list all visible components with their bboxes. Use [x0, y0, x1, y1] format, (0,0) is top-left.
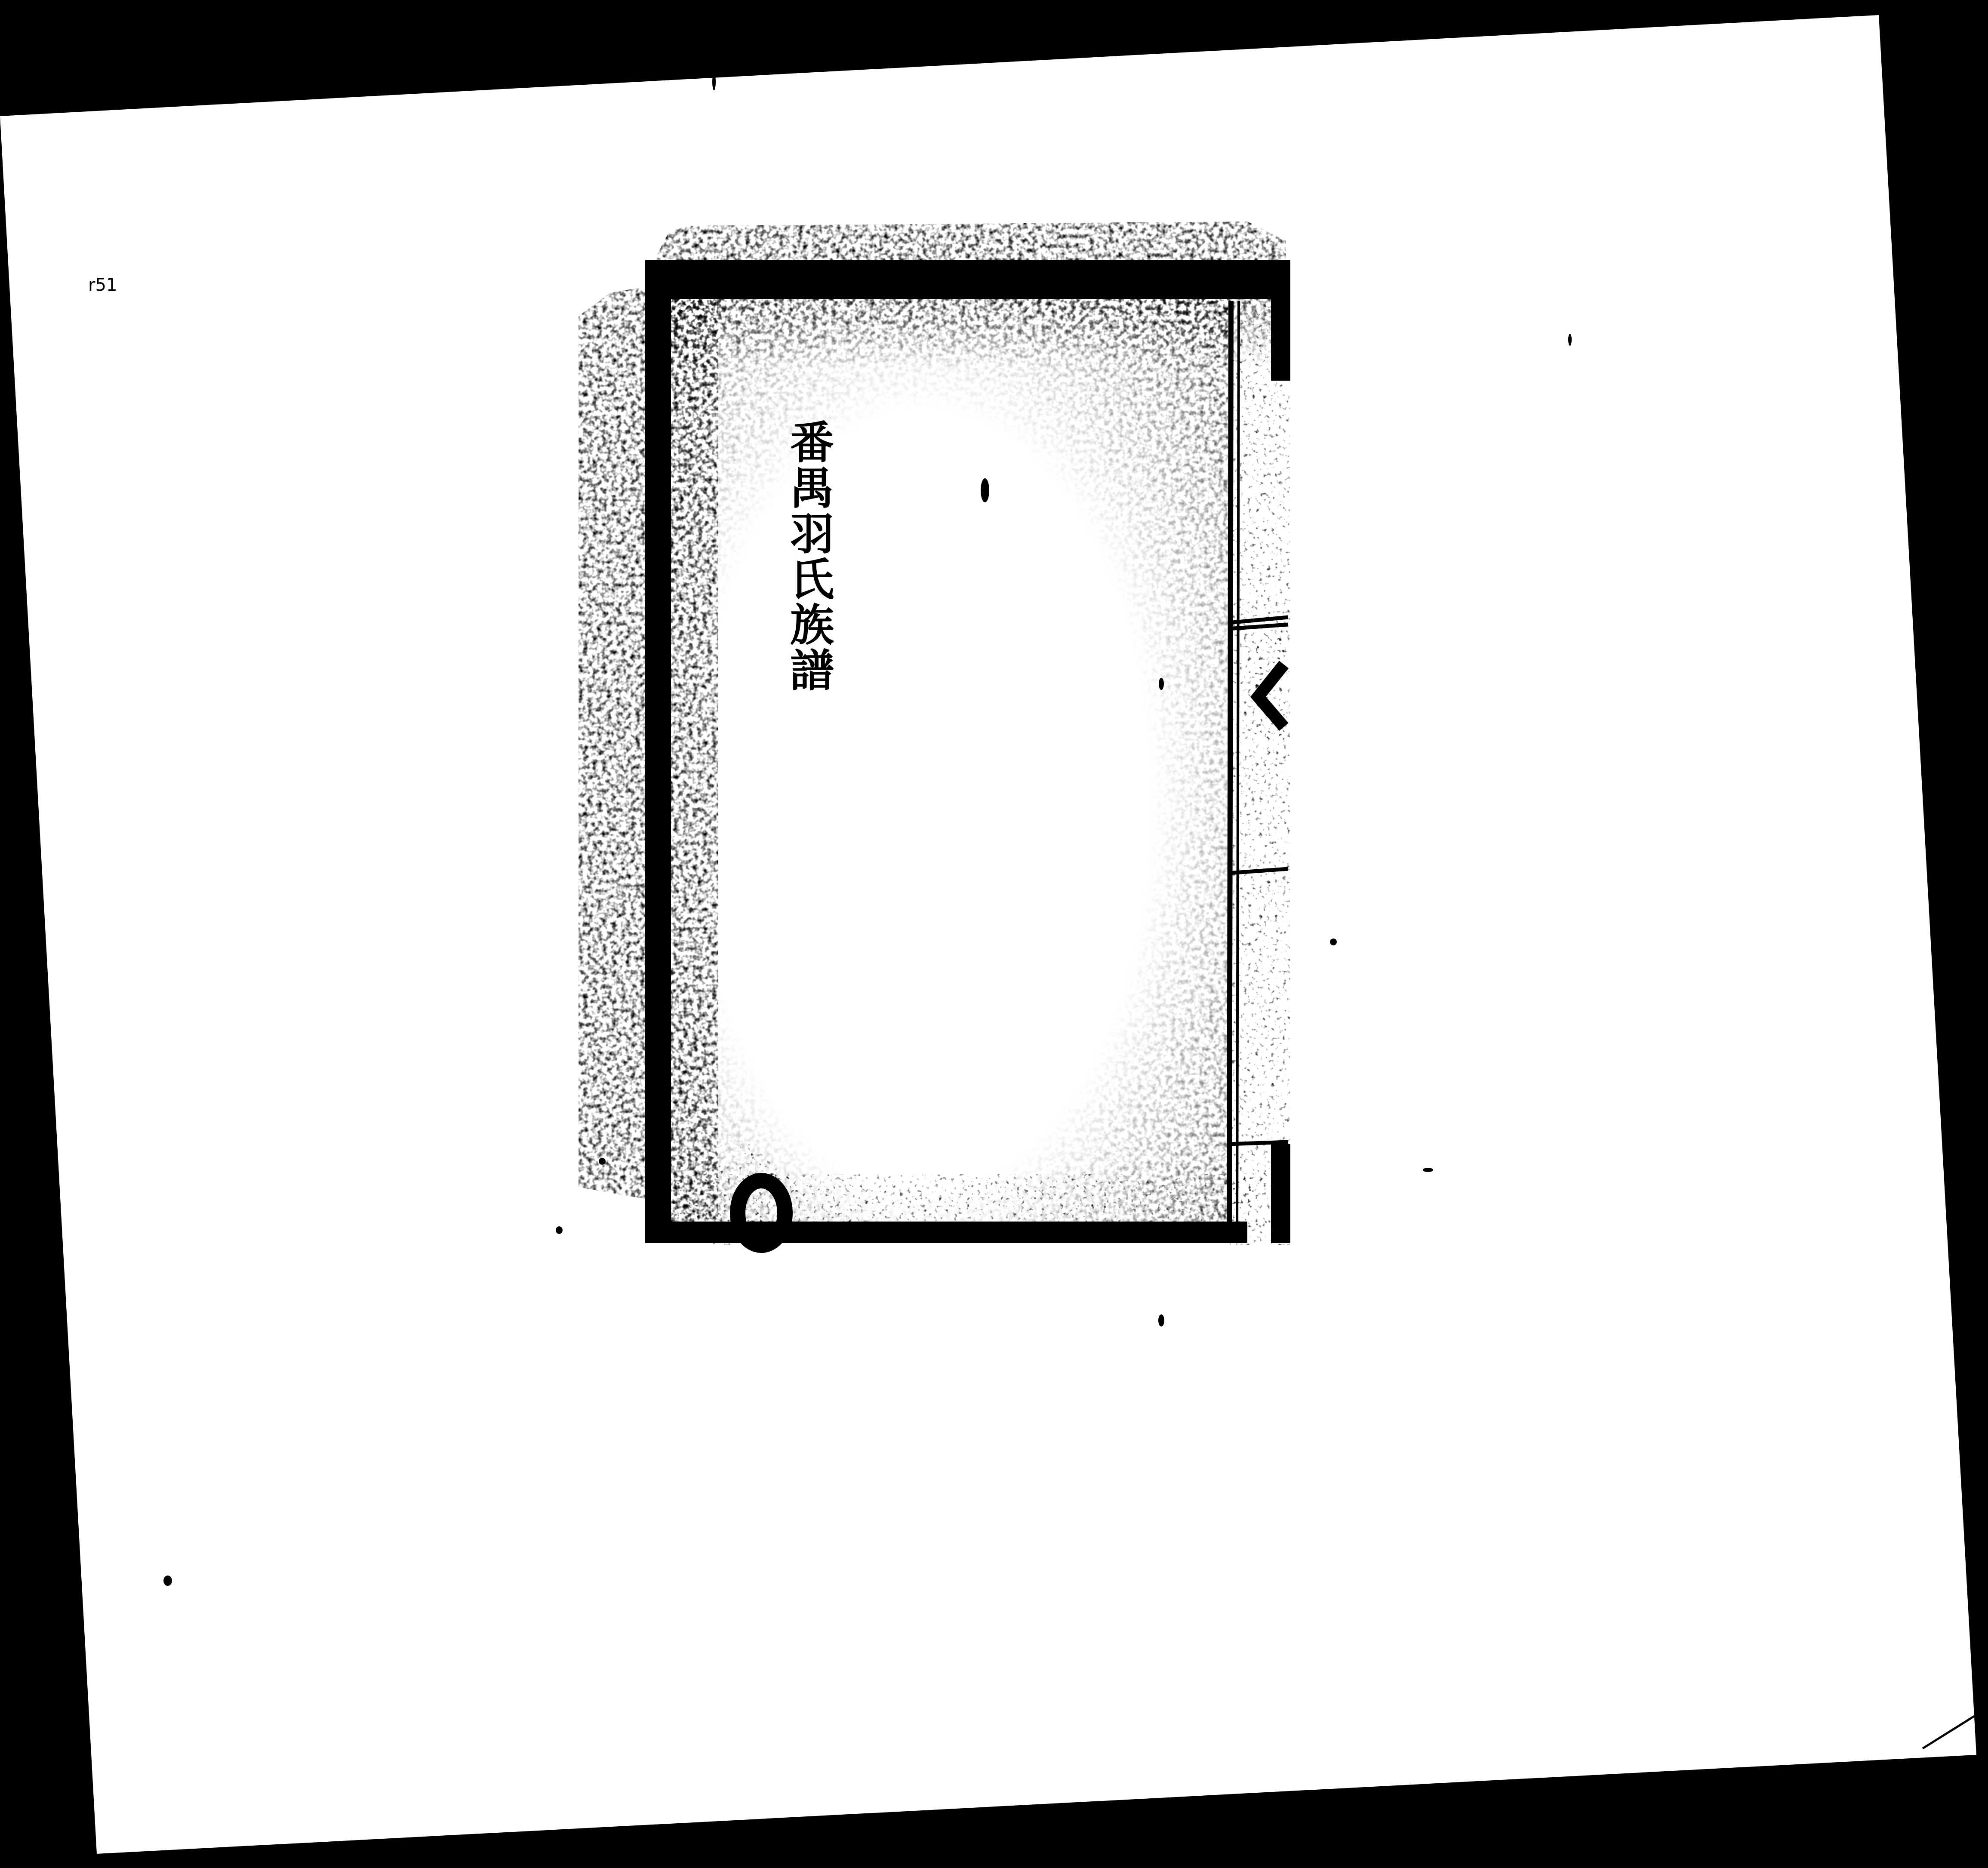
scanned-page	[0, 0, 1988, 1868]
book-cover	[645, 260, 1290, 1243]
book-title: 番禺羽氏族譜	[774, 419, 843, 693]
scanner-margin-mark: r51	[88, 275, 117, 295]
book-spine	[1229, 260, 1290, 1245]
